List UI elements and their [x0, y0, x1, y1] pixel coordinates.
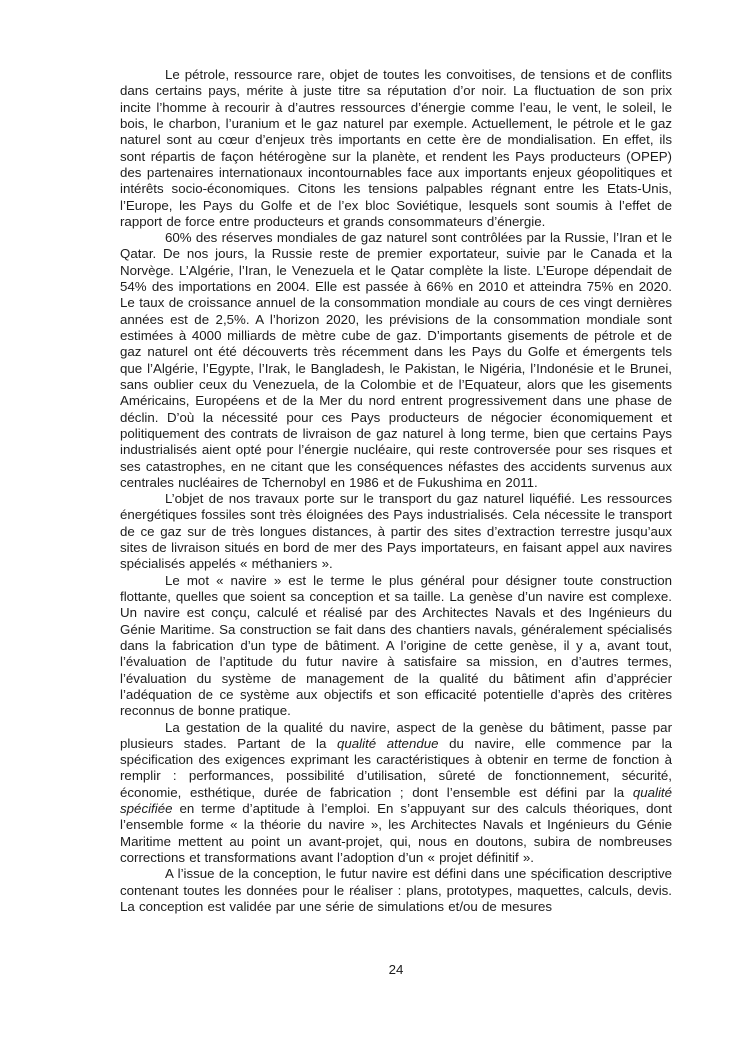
- italic-text-run: qualité attendue: [337, 736, 439, 751]
- text-run: A l’issue de la conception, le futur nav…: [120, 866, 672, 914]
- text-run: Le mot « navire » est le terme le plus g…: [120, 573, 672, 719]
- paragraph: L’objet de nos travaux porte sur le tran…: [120, 491, 672, 573]
- text-run: 60% des réserves mondiales de gaz nature…: [120, 230, 672, 490]
- document-page: Le pétrole, ressource rare, objet de tou…: [0, 0, 744, 1053]
- paragraph: A l’issue de la conception, le futur nav…: [120, 866, 672, 915]
- text-run: L’objet de nos travaux porte sur le tran…: [120, 491, 672, 571]
- text-run: Le pétrole, ressource rare, objet de tou…: [120, 67, 672, 229]
- paragraph: Le mot « navire » est le terme le plus g…: [120, 573, 672, 720]
- paragraph: 60% des réserves mondiales de gaz nature…: [120, 230, 672, 491]
- paragraph: Le pétrole, ressource rare, objet de tou…: [120, 67, 672, 230]
- document-body: Le pétrole, ressource rare, objet de tou…: [120, 67, 672, 915]
- page-number: 24: [120, 962, 672, 977]
- text-run: en terme d’aptitude à l’emploi. En s’app…: [120, 801, 672, 865]
- paragraph: La gestation de la qualité du navire, as…: [120, 720, 672, 867]
